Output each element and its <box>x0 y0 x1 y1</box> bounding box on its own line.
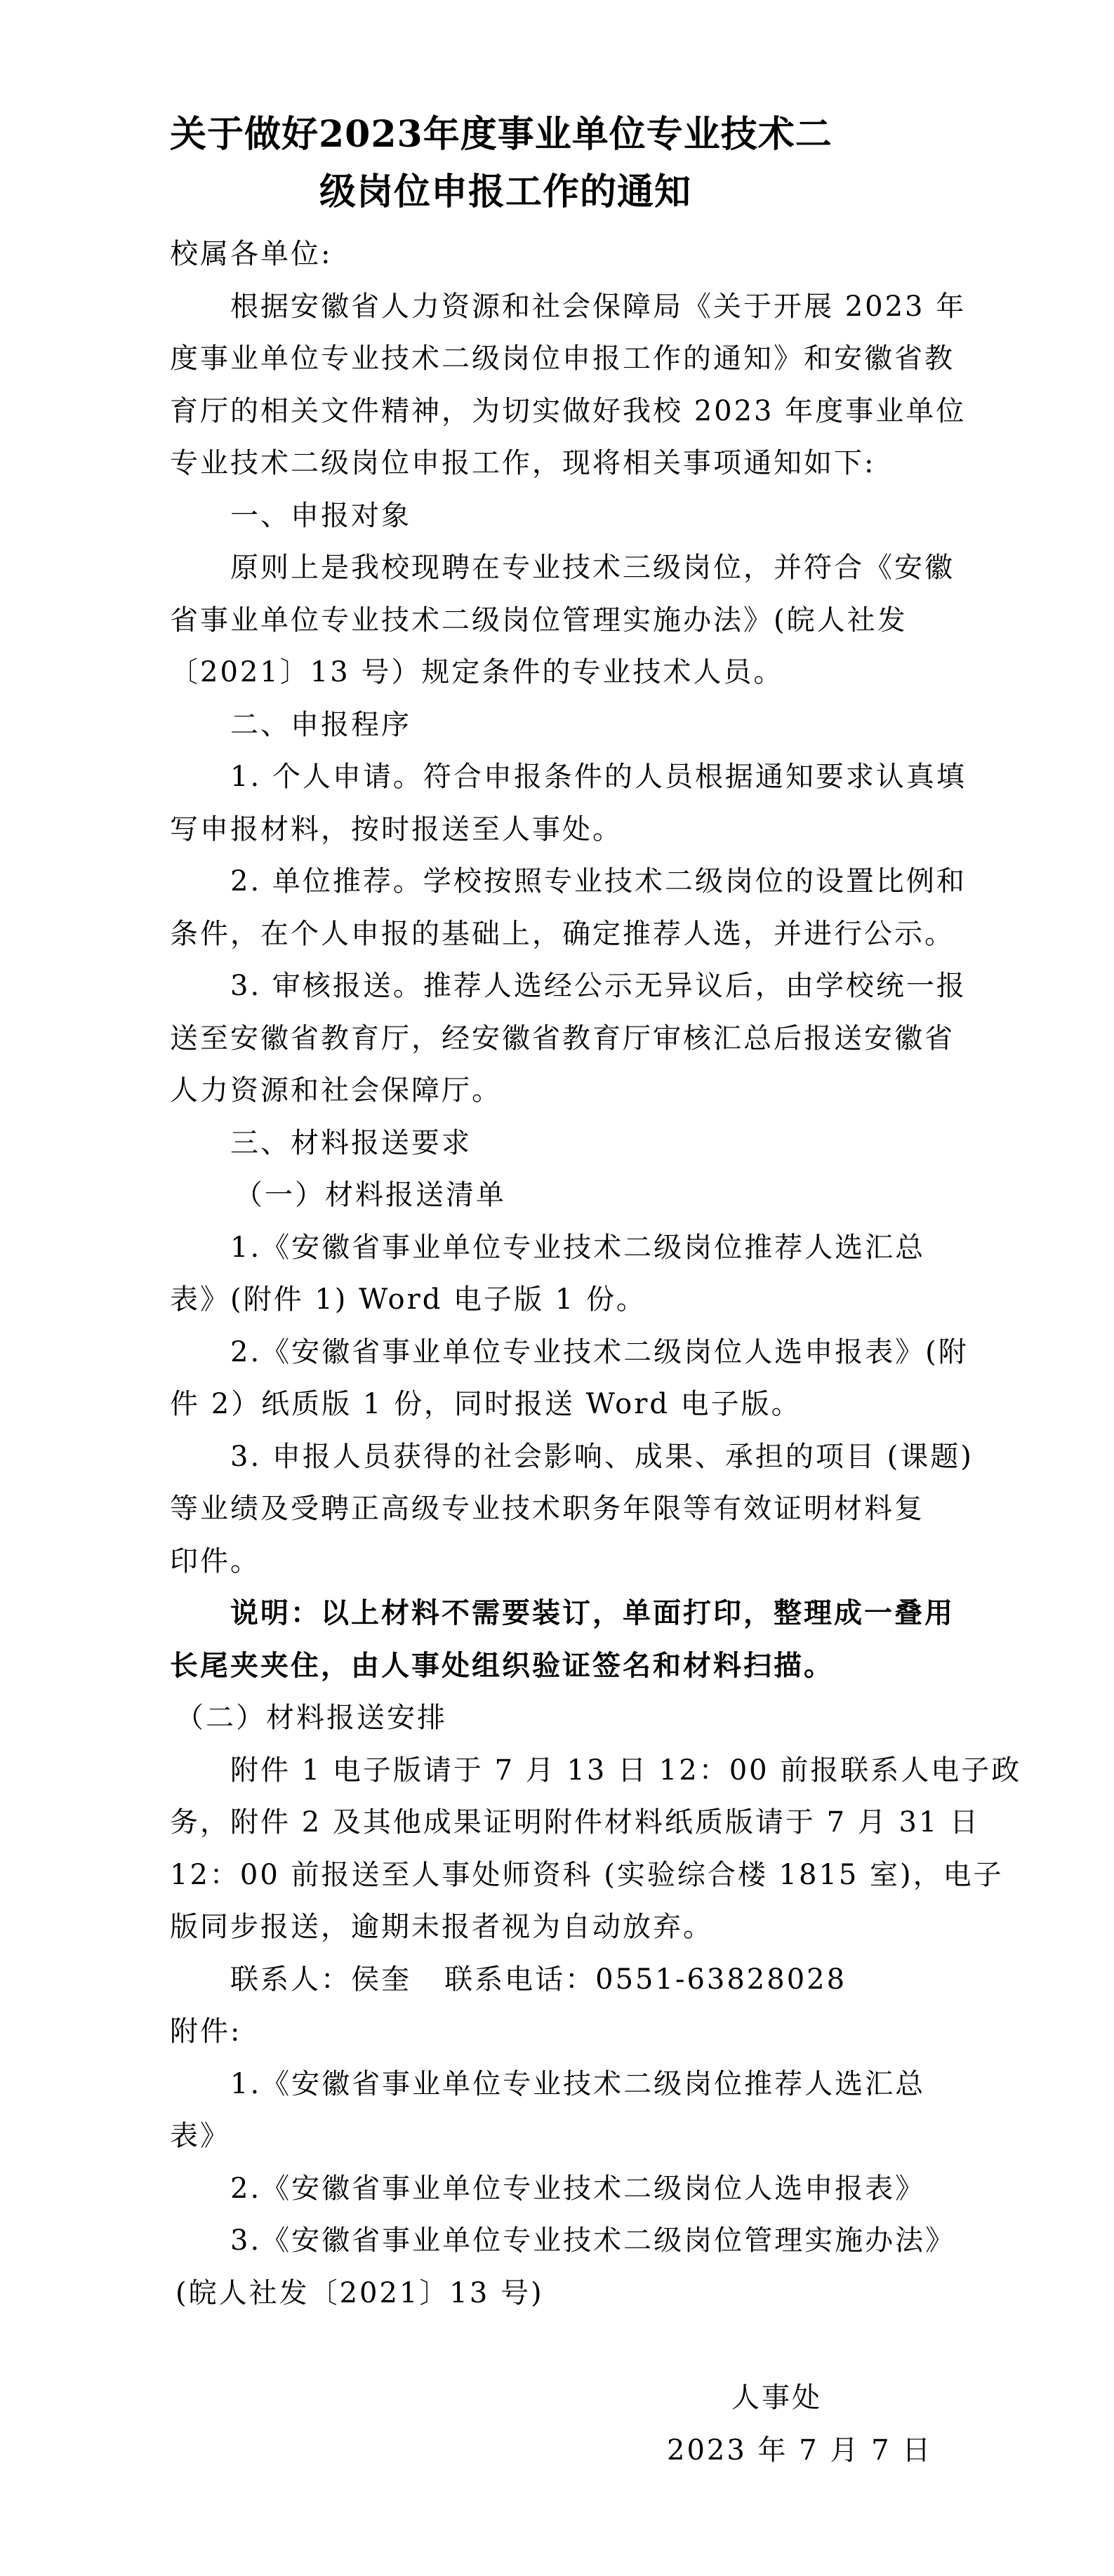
paragraph-line: 务，附件 2 及其他成果证明附件材料纸质版请于 7 月 31 日 <box>170 1796 945 1849</box>
paragraph-line: 3. 申报人员获得的社会影响、成果、承担的项目 (课题) <box>170 1431 945 1483</box>
signature-date: 2023 年 7 月 7 日 <box>667 2424 932 2476</box>
procedure-item-3: 3. 审核报送。推荐人选经公示无异议后，由学校统一报 送至安徽省教育厅，经安徽省… <box>170 960 945 1117</box>
paragraph-line: 附件 1 电子版请于 7 月 13 日 12：00 前报联系人电子政 <box>170 1744 945 1797</box>
salutation: 校属各单位: <box>170 228 945 281</box>
paragraph-line: 送至安徽省教育厅，经安徽省教育厅审核汇总后报送安徽省 <box>170 1013 945 1065</box>
attachment-line: 2.《安徽省事业单位专业技术二级岗位人选申报表》 <box>170 2163 945 2215</box>
paragraph-line: 版同步报送，逾期未报者视为自动放弃。 <box>170 1901 945 1954</box>
paragraph-line: 度事业单位专业技术二级岗位申报工作的通知》和安徽省教 <box>170 333 945 385</box>
material-item-3: 3. 申报人员获得的社会影响、成果、承担的项目 (课题) 等业绩及受聘正高级专业… <box>170 1431 945 1588</box>
section-heading-1: 一、申报对象 <box>170 490 945 542</box>
procedure-item-1: 1. 个人申请。符合申报条件的人员根据通知要求认真填 写申报材料，按时报送至人事… <box>170 751 945 855</box>
section-heading-2: 二、申报程序 <box>170 699 945 752</box>
paragraph-line: 12：00 前报送至人事处师资科 (实验综合楼 1815 室)，电子 <box>170 1849 945 1902</box>
material-item-2: 2.《安徽省事业单位专业技术二级岗位人选申报表》(附 件 2）纸质版 1 份，同… <box>170 1326 945 1431</box>
paragraph-line: 育厅的相关文件精神，为切实做好我校 2023 年度事业单位 <box>170 385 945 438</box>
attachment-item-2: 2.《安徽省事业单位专业技术二级岗位人选申报表》 <box>170 2163 945 2215</box>
attachment-item-3: 3.《安徽省事业单位专业技术二级岗位管理实施办法》 (皖人社发〔2021〕13 … <box>170 2215 945 2319</box>
paragraph-line: 原则上是我校现聘在专业技术三级岗位，并符合《安徽 <box>170 542 945 594</box>
contact-info: 联系人：侯奎 联系电话：0551-63828028 <box>170 1954 945 2006</box>
document-title-line-1: 关于做好2023年度事业单位专业技术二 <box>170 106 1114 163</box>
note-paragraph: 说明：以上材料不需要装订，单面打印，整理成一叠用 长尾夹夹住，由人事处组织验证签… <box>170 1587 945 1692</box>
document-title-line-2: 级岗位申报工作的通知 <box>319 163 1114 221</box>
procedure-item-2: 2. 单位推荐。学校按照专业技术二级岗位的设置比例和 条件，在个人申报的基础上，… <box>170 855 945 960</box>
paragraph-line: 印件。 <box>170 1535 945 1588</box>
paragraph-line: 省事业单位专业技术二级岗位管理实施办法》(皖人社发 <box>170 594 945 647</box>
schedule-paragraph: 附件 1 电子版请于 7 月 13 日 12：00 前报联系人电子政 务，附件 … <box>170 1744 945 1954</box>
paragraph-line: 专业技术二级岗位申报工作，现将相关事项通知如下: <box>170 437 945 490</box>
attachment-item-1: 1.《安徽省事业单位专业技术二级岗位推荐人选汇总 表》 <box>170 2058 945 2163</box>
attachment-line: 表》 <box>170 2110 945 2163</box>
paragraph-line: 条件，在个人申报的基础上，确定推荐人选，并进行公示。 <box>170 908 945 961</box>
paragraph-line: 件 2）纸质版 1 份，同时报送 Word 电子版。 <box>170 1378 945 1431</box>
attachments-heading: 附件: <box>170 2006 945 2058</box>
document-page: 关于做好2023年度事业单位专业技术二 级岗位申报工作的通知 校属各单位: 根据… <box>0 0 1114 2576</box>
section-heading-3: 三、材料报送要求 <box>170 1117 945 1170</box>
subsection-heading-1: （一）材料报送清单 <box>170 1169 945 1222</box>
paragraph-line: 1.《安徽省事业单位专业技术二级岗位推荐人选汇总 <box>170 1222 945 1274</box>
paragraph-line: 根据安徽省人力资源和社会保障局《关于开展 2023 年 <box>170 281 945 333</box>
section-1-paragraph: 原则上是我校现聘在专业技术三级岗位，并符合《安徽 省事业单位专业技术二级岗位管理… <box>170 542 945 699</box>
paragraph-line: 〔2021〕13 号）规定条件的专业技术人员。 <box>170 646 945 699</box>
paragraph-line: 2. 单位推荐。学校按照专业技术二级岗位的设置比例和 <box>170 855 945 908</box>
material-item-1: 1.《安徽省事业单位专业技术二级岗位推荐人选汇总 表》(附件 1) Word 电… <box>170 1222 945 1326</box>
paragraph-line: 1. 个人申请。符合申报条件的人员根据通知要求认真填 <box>170 751 945 803</box>
attachment-line: (皖人社发〔2021〕13 号) <box>170 2267 945 2320</box>
note-line: 说明：以上材料不需要装订，单面打印，整理成一叠用 <box>170 1587 945 1640</box>
attachment-line: 1.《安徽省事业单位专业技术二级岗位推荐人选汇总 <box>170 2058 945 2111</box>
paragraph-line: 表》(附件 1) Word 电子版 1 份。 <box>170 1274 945 1326</box>
paragraph-line: 人力资源和社会保障厅。 <box>170 1065 945 1117</box>
document-body: 校属各单位: 根据安徽省人力资源和社会保障局《关于开展 2023 年 度事业单位… <box>170 228 945 2319</box>
attachment-line: 3.《安徽省事业单位专业技术二级岗位管理实施办法》 <box>170 2215 945 2267</box>
signature-department: 人事处 <box>731 2372 822 2424</box>
subsection-heading-2: （二）材料报送安排 <box>170 1692 945 1744</box>
paragraph-line: 等业绩及受聘正高级专业技术职务年限等有效证明材料复 <box>170 1483 945 1535</box>
paragraph-line: 2.《安徽省事业单位专业技术二级岗位人选申报表》(附 <box>170 1326 945 1379</box>
intro-paragraph: 根据安徽省人力资源和社会保障局《关于开展 2023 年 度事业单位专业技术二级岗… <box>170 281 945 490</box>
note-line: 长尾夹夹住，由人事处组织验证签名和材料扫描。 <box>170 1640 945 1693</box>
paragraph-line: 3. 审核报送。推荐人选经公示无异议后，由学校统一报 <box>170 960 945 1013</box>
paragraph-line: 写申报材料，按时报送至人事处。 <box>170 803 945 856</box>
